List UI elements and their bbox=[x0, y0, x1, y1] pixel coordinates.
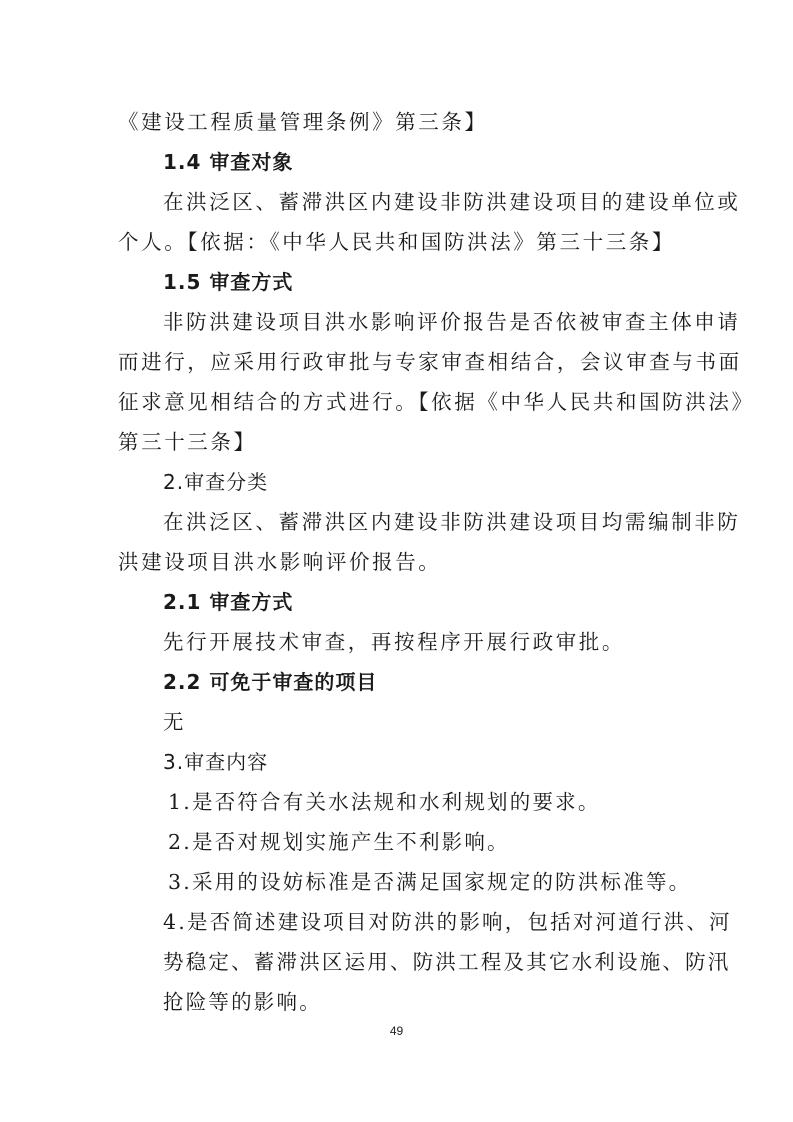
paragraph-line: 在洪泛区、蓄滞洪区内建设非防洪建设项目的建设单位或 bbox=[163, 188, 741, 216]
list-item-1: 1.是否符合有关水法规和水利规划的要求。 bbox=[168, 788, 601, 816]
section-heading-1-5: 1.5 审查方式 bbox=[163, 268, 293, 296]
paragraph-line: 第三十三条】 bbox=[118, 428, 257, 456]
list-item-2: 2.是否对规划实施产生不利影响。 bbox=[168, 828, 510, 856]
section-heading-2: 2.审查分类 bbox=[163, 468, 268, 496]
paragraph-line: 而进行，应采用行政审批与专家审查相结合，会议审查与书面 bbox=[118, 348, 742, 376]
paragraph-line: 洪建设项目洪水影响评价报告。 bbox=[118, 548, 441, 576]
paragraph-line-none: 无 bbox=[163, 708, 186, 736]
paragraph-line: 征求意见相结合的方式进行。【依据《中华人民共和国防洪法》 bbox=[118, 388, 755, 416]
list-item-4: 4.是否简述建设项目对防洪的影响，包括对河道行洪、河 bbox=[163, 908, 732, 936]
document-page: 《建设工程质量管理条例》第三条】 1.4 审查对象 在洪泛区、蓄滞洪区内建设非防… bbox=[0, 0, 793, 1122]
list-item-3: 3.采用的设妨标准是否满足国家规定的防洪标准等。 bbox=[168, 868, 691, 896]
section-heading-2-2: 2.2 可免于审查的项目 bbox=[163, 668, 377, 696]
paragraph-line-citation-continuation: 《建设工程质量管理条例》第三条】 bbox=[118, 108, 488, 136]
paragraph-line: 非防洪建设项目洪水影响评价报告是否依被审查主体申请 bbox=[163, 308, 741, 336]
page-number: 49 bbox=[0, 1024, 793, 1038]
paragraph-line: 先行开展技术审查，再按程序开展行政审批。 bbox=[163, 628, 625, 656]
list-item-4-continuation: 势稳定、蓄滞洪区运用、防洪工程及其它水利设施、防汛 bbox=[163, 948, 731, 976]
paragraph-line: 在洪泛区、蓄滞洪区内建设非防洪建设项目均需编制非防 bbox=[163, 508, 741, 536]
section-heading-2-1: 2.1 审查方式 bbox=[163, 588, 293, 616]
section-heading-1-4: 1.4 审查对象 bbox=[163, 148, 293, 176]
list-item-4-continuation: 抢险等的影响。 bbox=[163, 988, 322, 1016]
section-heading-3: 3.审查内容 bbox=[163, 748, 268, 776]
paragraph-line: 个人。【依据：《中华人民共和国防洪法》第三十三条】 bbox=[118, 228, 675, 256]
